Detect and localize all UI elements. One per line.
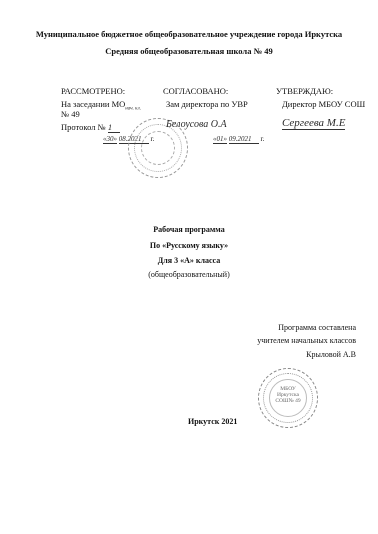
approved-title: УТВЕРЖДАЮ:	[276, 86, 333, 96]
approved-signature: Сергеева М.Е	[282, 117, 345, 130]
city-year: Иркутск 2021	[188, 417, 237, 426]
stamp-seal-bottom: МБОУ Иркутска СОШ№ 49	[258, 368, 318, 428]
program-subject: По «Русскому языку»	[0, 241, 378, 250]
author-line-1: Программа составлена	[278, 323, 356, 332]
reviewed-date-day: «30»	[103, 135, 117, 144]
author-line-3: Крыловой А.В	[306, 350, 356, 359]
reviewed-protocol: Протокол № 1	[61, 122, 120, 133]
school-title: Средняя общеобразовательная школа № 49	[0, 46, 378, 56]
agreed-title: СОГЛАСОВАНО:	[163, 86, 228, 96]
protocol-label: Протокол №	[61, 122, 106, 132]
agreed-date-suffix: г.	[261, 135, 265, 143]
institution-title: Муниципальное бюджетное общеобразователь…	[0, 29, 378, 39]
agreed-date: «01» 09.2021 г.	[213, 135, 264, 144]
author-line-2: учителем начальных классов	[257, 336, 356, 345]
stamp-line-3: СОШ№ 49	[259, 398, 317, 404]
agreed-date-day: «01»	[213, 135, 227, 144]
protocol-number: 1	[108, 122, 120, 133]
agreed-position: Зам директора по УВР	[166, 99, 248, 109]
reviewed-committee-handwritten: нач. кл.	[125, 107, 141, 112]
program-class: Для 3 «А» класса	[0, 256, 378, 265]
program-title: Рабочая программа	[0, 225, 378, 234]
approved-position: Директор МБОУ СОШ	[282, 99, 365, 109]
reviewed-title: РАССМОТРЕНО:	[61, 86, 125, 96]
reviewed-committee-label: На заседании МО	[61, 99, 125, 109]
program-type: (общеобразовательный)	[0, 270, 378, 279]
agreed-date-value: 09.2021	[229, 135, 259, 144]
reviewed-school-number: № 49	[61, 109, 80, 119]
agreed-signature: Белоусова О.А	[166, 119, 227, 130]
